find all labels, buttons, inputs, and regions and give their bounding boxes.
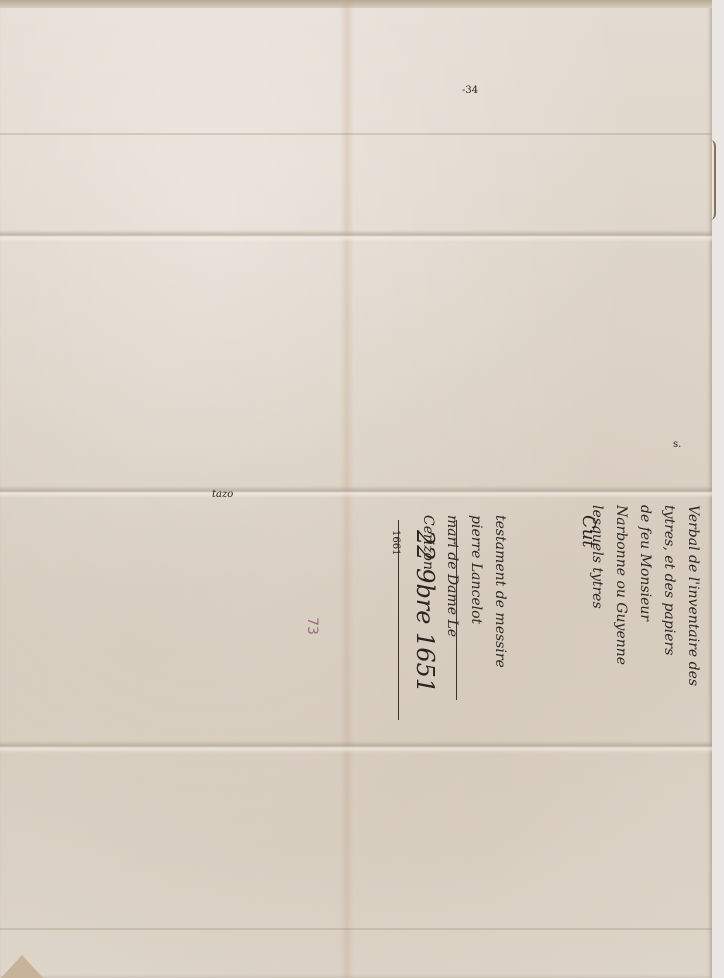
endorsement-line: Verbal de l'inventaire des [681, 505, 705, 686]
horizontal-fold [0, 486, 712, 498]
endorsement-line: testament de messire [488, 515, 512, 668]
endorsement-mark: Cut [576, 515, 600, 548]
archive-stamp-number: 73 [304, 617, 320, 635]
margin-ink-mark: s. [673, 440, 681, 450]
folded-corner [0, 955, 44, 978]
top-ink-mark: -34 [462, 86, 478, 96]
endorsement-line: de feu Monsieur [633, 505, 657, 686]
date-main: 22 9bre 1651 [410, 530, 440, 693]
horizontal-fold [0, 741, 712, 753]
fold-ink-mark: tazo [212, 490, 233, 500]
horizontal-fold [0, 230, 712, 242]
underline-rule [456, 520, 457, 700]
date-small: 1661 [380, 530, 410, 693]
endorsement-line: Narbonne ou Guyenne [609, 505, 633, 686]
endorsement-line: pierre Lancelot [464, 515, 488, 668]
endorsement-date: 22 9bre 1651 1661 [380, 530, 440, 693]
endorsement-mark-text: Cut [576, 515, 600, 548]
faint-fold-line [0, 928, 712, 930]
manuscript-page: -34 tazo s. Verbal de l'inventaire des t… [0, 0, 712, 978]
endorsement-line: tytres, et des papiers [657, 505, 681, 686]
endorsement-line: mari de Dame Le [440, 515, 464, 668]
page-top-edge [0, 0, 712, 8]
right-edge-flap [706, 140, 716, 220]
faint-fold-line [0, 133, 712, 135]
endorsement-block-title: Verbal de l'inventaire des tytres, et de… [585, 505, 705, 686]
